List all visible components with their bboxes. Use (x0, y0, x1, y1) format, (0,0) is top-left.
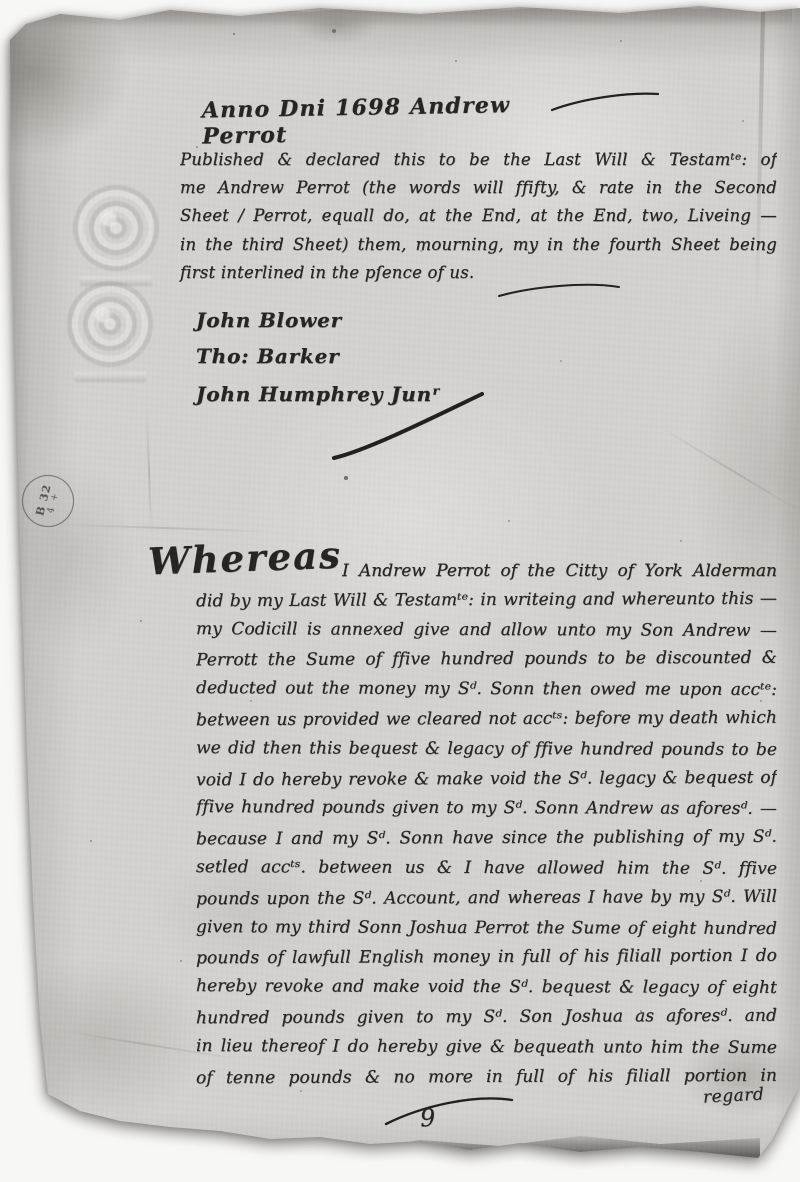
paper-crease (660, 426, 800, 515)
paper-crease (58, 523, 268, 532)
paper-sheet: B 32 4 + Anno Dni 1698 Andrew Perrot Pub… (0, 0, 800, 1182)
manuscript-line: void I do hereby revoke & make void the … (196, 764, 777, 796)
manuscript-line: my Codicill is annexed give and allow un… (196, 615, 777, 647)
manuscript-line: of tenne pounds & no more in full of his… (196, 1062, 777, 1094)
manuscript-line: because I and my Sᵈ. Sonn have since the… (196, 823, 777, 855)
manuscript-line: hundred pounds given to my Sᵈ. Son Joshu… (196, 1002, 777, 1034)
torn-top-edge (8, 0, 792, 26)
manuscript-line: ffive hundred pounds given to my Sᵈ. Son… (196, 793, 777, 825)
embossed-duty-stamp-icon (70, 182, 162, 274)
manuscript-line: pounds upon the Sᵈ. Account, and whereas… (196, 883, 777, 915)
manuscript-line: I Andrew Perrot of the Citty of York Ald… (342, 556, 777, 586)
manuscript-line: hereby revoke and make void the Sᵈ. bequ… (196, 972, 777, 1004)
scanned-document: B 32 4 + Anno Dni 1698 Andrew Perrot Pub… (0, 0, 800, 1182)
foxing-specks (0, 0, 2, 2)
page-number: 9 (419, 1104, 436, 1133)
witness-signature: John Blower (196, 305, 342, 335)
manuscript-line: Perrott the Sume of ffive hundred pounds… (196, 644, 777, 676)
manuscript-line: me Andrew Perrot (the words will ffifty,… (180, 174, 777, 202)
manuscript-line: in lieu thereof I do hereby give & beque… (196, 1032, 777, 1064)
manuscript-line: given to my third Sonn Joshua Perrot the… (196, 913, 777, 945)
manuscript-line: Published & declared this to be the Last… (180, 146, 777, 174)
catchword: regard (703, 1084, 765, 1107)
manuscript-line: setled accᵗˢ. between us & I have allowe… (196, 853, 777, 885)
manuscript-line: we did then this bequest & legacy of ffi… (196, 734, 777, 766)
manuscript-line: Sheet / Perrot, equall do, at the End, a… (180, 202, 777, 230)
manuscript-line: did by my Last Will & Testamᵗᵉ: in write… (196, 585, 777, 617)
manuscript-line: between us provided we cleared not accᵗˢ… (196, 704, 777, 736)
manuscript-line: in the third Sheet) them, mourning, my i… (180, 231, 777, 259)
witness-signature: John Humphrey Junʳ (196, 379, 441, 409)
witness-signature: Tho: Barker (196, 341, 339, 371)
opening-word: Whereas (147, 533, 342, 584)
embossed-duty-stamp-icon (64, 278, 156, 370)
paper-shadow-wrap: B 32 4 + Anno Dni 1698 Andrew Perrot Pub… (0, 0, 800, 1182)
manuscript-line: deducted out the money my Sᵈ. Sonn then … (196, 674, 777, 706)
manuscript-line: pounds of lawfull English money in full … (196, 942, 777, 974)
heading-date-name: Anno Dni 1698 Andrew Perrot (202, 91, 603, 150)
paper-crease (146, 406, 153, 536)
manuscript-line: first interlined in the pſence of us. (180, 259, 777, 287)
